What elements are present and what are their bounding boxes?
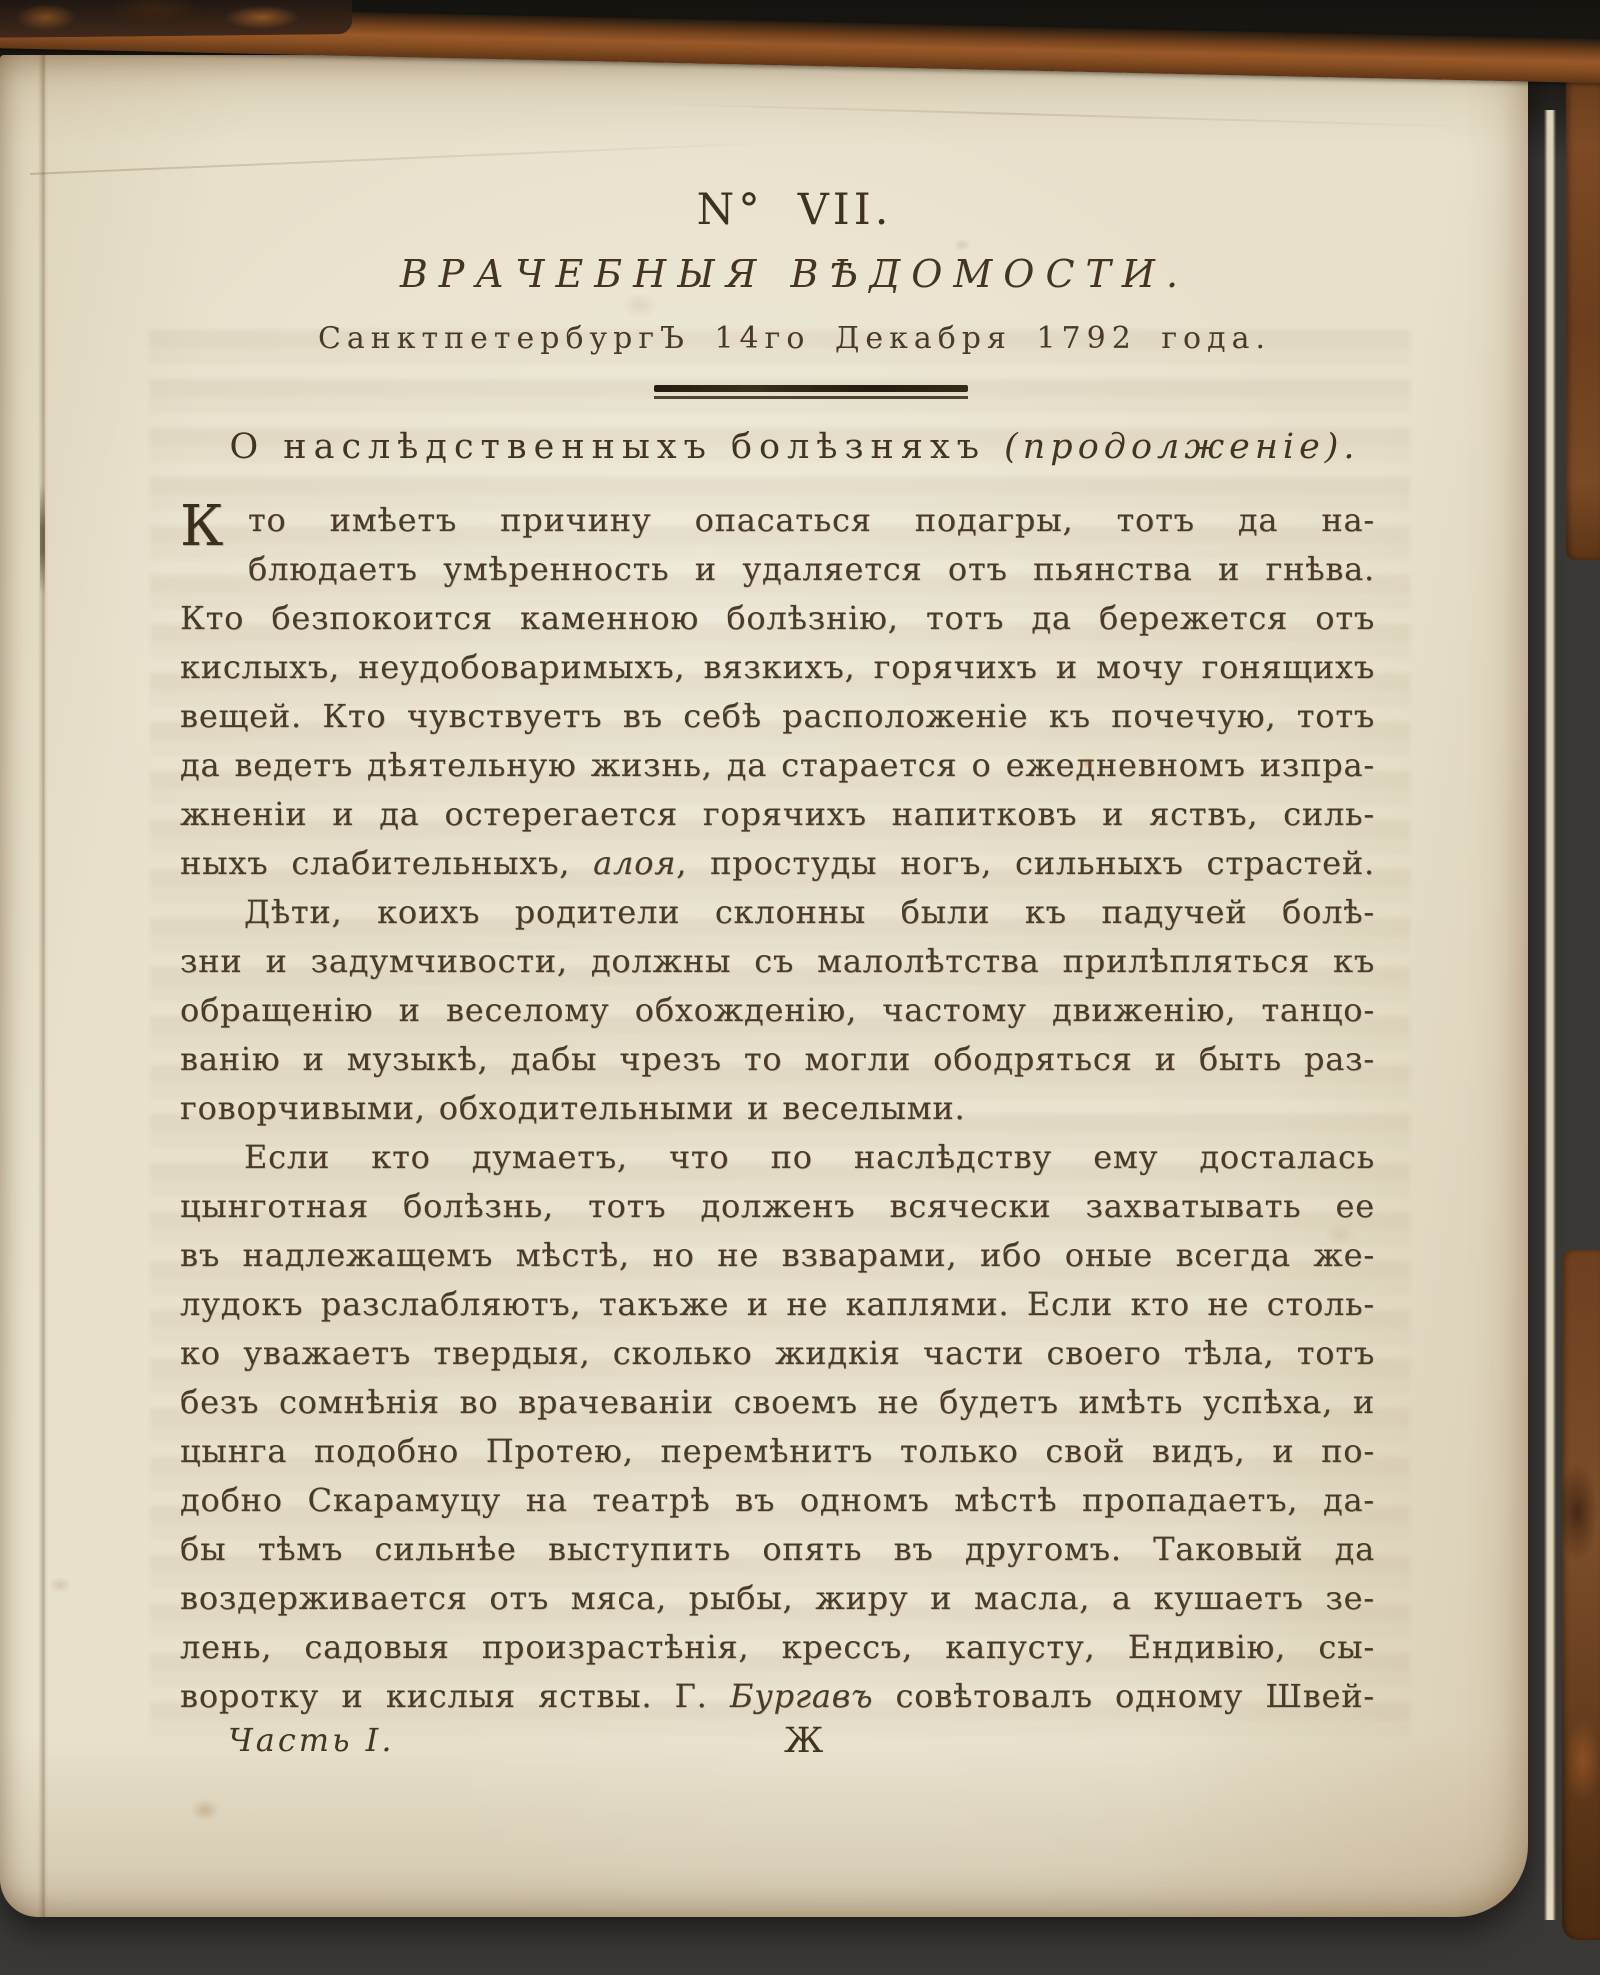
article-title-note: (продолженіе). (1004, 427, 1359, 467)
text-line: зни и задумчивости, должны съ малолѣтств… (180, 937, 1375, 986)
text-line: цынга подобно Протею, перемѣнитъ только … (180, 1427, 1375, 1476)
text-line: бы тѣмъ сильнѣе выступить опять въ друго… (180, 1525, 1375, 1574)
divider-rule-thin (654, 396, 968, 399)
paragraph: Дѣти, коихъ родители склонны были къ пад… (180, 888, 1375, 1133)
text-line: Если кто думаетъ, что по наслѣдству ему … (180, 1133, 1375, 1182)
text-line: да ведетъ дѣятельную жизнь, да старается… (180, 741, 1375, 790)
text-line: блюдаетъ умѣренность и удаляется отъ пья… (248, 545, 1375, 594)
text-line: жненіи и да остерегается горячихъ напитк… (180, 790, 1375, 839)
dateline: СанктпетербургЪ 14го Декабря 1792 года. (197, 321, 1392, 356)
article-title-main: О наслѣдственныхъ болѣзняхъ (229, 427, 986, 467)
book-page: N°VII. ВРАЧЕБНЫЯ ВѢДОМОСТИ. Санктпетербу… (0, 55, 1528, 1917)
leather-cover-edge-bottom (1562, 1250, 1600, 1940)
article-title: О наслѣдственныхъ болѣзняхъ (продолженіе… (197, 427, 1392, 467)
text-line: Кто безпокоится каменною болѣзнію, тотъ … (180, 594, 1375, 643)
part-label: Часть I. (228, 1721, 394, 1759)
fore-edge-highlight (1544, 110, 1556, 1920)
issue-number: N°VII. (197, 185, 1392, 235)
page-footer: Часть I. Ж (180, 1721, 1375, 1773)
paragraph: Если кто думаетъ, что по наслѣдству ему … (180, 1133, 1375, 1721)
text-column: N°VII. ВРАЧЕБНЫЯ ВѢДОМОСТИ. Санктпетербу… (180, 55, 1375, 1917)
text-line: воротку и кислыя яствы. Г. Бургавъ совѣт… (180, 1672, 1375, 1721)
gutter-crease (38, 55, 48, 1917)
text-line: ко уважаетъ твердыя, сколько жидкія част… (180, 1329, 1375, 1378)
text-line: обращенію и веселому обхожденію, частому… (180, 986, 1375, 1035)
issue-roman-numeral: VII. (798, 185, 893, 235)
text-line: то имѣетъ причину опасаться подагры, тот… (248, 496, 1375, 545)
text-line: лудокъ разслабляютъ, такъже и не каплями… (180, 1280, 1375, 1329)
text-line: воздерживается отъ мяса, рыбы, жиру и ма… (180, 1574, 1375, 1623)
book-photograph: N°VII. ВРАЧЕБНЫЯ ВѢДОМОСТИ. Санктпетербу… (0, 0, 1600, 1975)
divider-rule-thick (654, 385, 968, 392)
article-body: Кто имѣетъ причину опасаться подагры, то… (180, 496, 1375, 1721)
text-line: цынготная болѣзнь, тотъ долженъ всячески… (180, 1182, 1375, 1231)
issue-label: N° (697, 185, 764, 235)
text-line: въ надлежащемъ мѣстѣ, но не взварами, иб… (180, 1231, 1375, 1280)
text-line: говорчивыми, обходительными и веселыми. (180, 1084, 1375, 1133)
leather-cover-edge-top (1566, 40, 1600, 560)
text-line: кислыхъ, неудобоваримыхъ, вязкихъ, горяч… (180, 643, 1375, 692)
divider-rule (654, 385, 968, 399)
paragraph: Кто имѣетъ причину опасаться подагры, то… (180, 496, 1375, 888)
signature-mark: Ж (784, 1721, 823, 1761)
text-line: Дѣти, коихъ родители склонны были къ пад… (180, 888, 1375, 937)
masthead-title: ВРАЧЕБНЫЯ ВѢДОМОСТИ. (197, 252, 1392, 296)
text-line: вещей. Кто чувствуетъ въ себѣ расположен… (180, 692, 1375, 741)
gutter-notch (40, 485, 45, 595)
text-line: ванію и музыкѣ, дабы чрезъ то могли обод… (180, 1035, 1375, 1084)
text-line: ныхъ слабительныхъ, алоя, простуды ногъ,… (180, 839, 1375, 888)
text-line: безъ сомнѣнія во врачеваніи своемъ не бу… (180, 1378, 1375, 1427)
drop-cap: К (180, 496, 238, 584)
marbled-binding-corner (0, 0, 352, 38)
text-line: добно Скарамуцу на театрѣ въ одномъ мѣст… (180, 1476, 1375, 1525)
text-line: лень, садовыя произрастѣнія, крессъ, кап… (180, 1623, 1375, 1672)
